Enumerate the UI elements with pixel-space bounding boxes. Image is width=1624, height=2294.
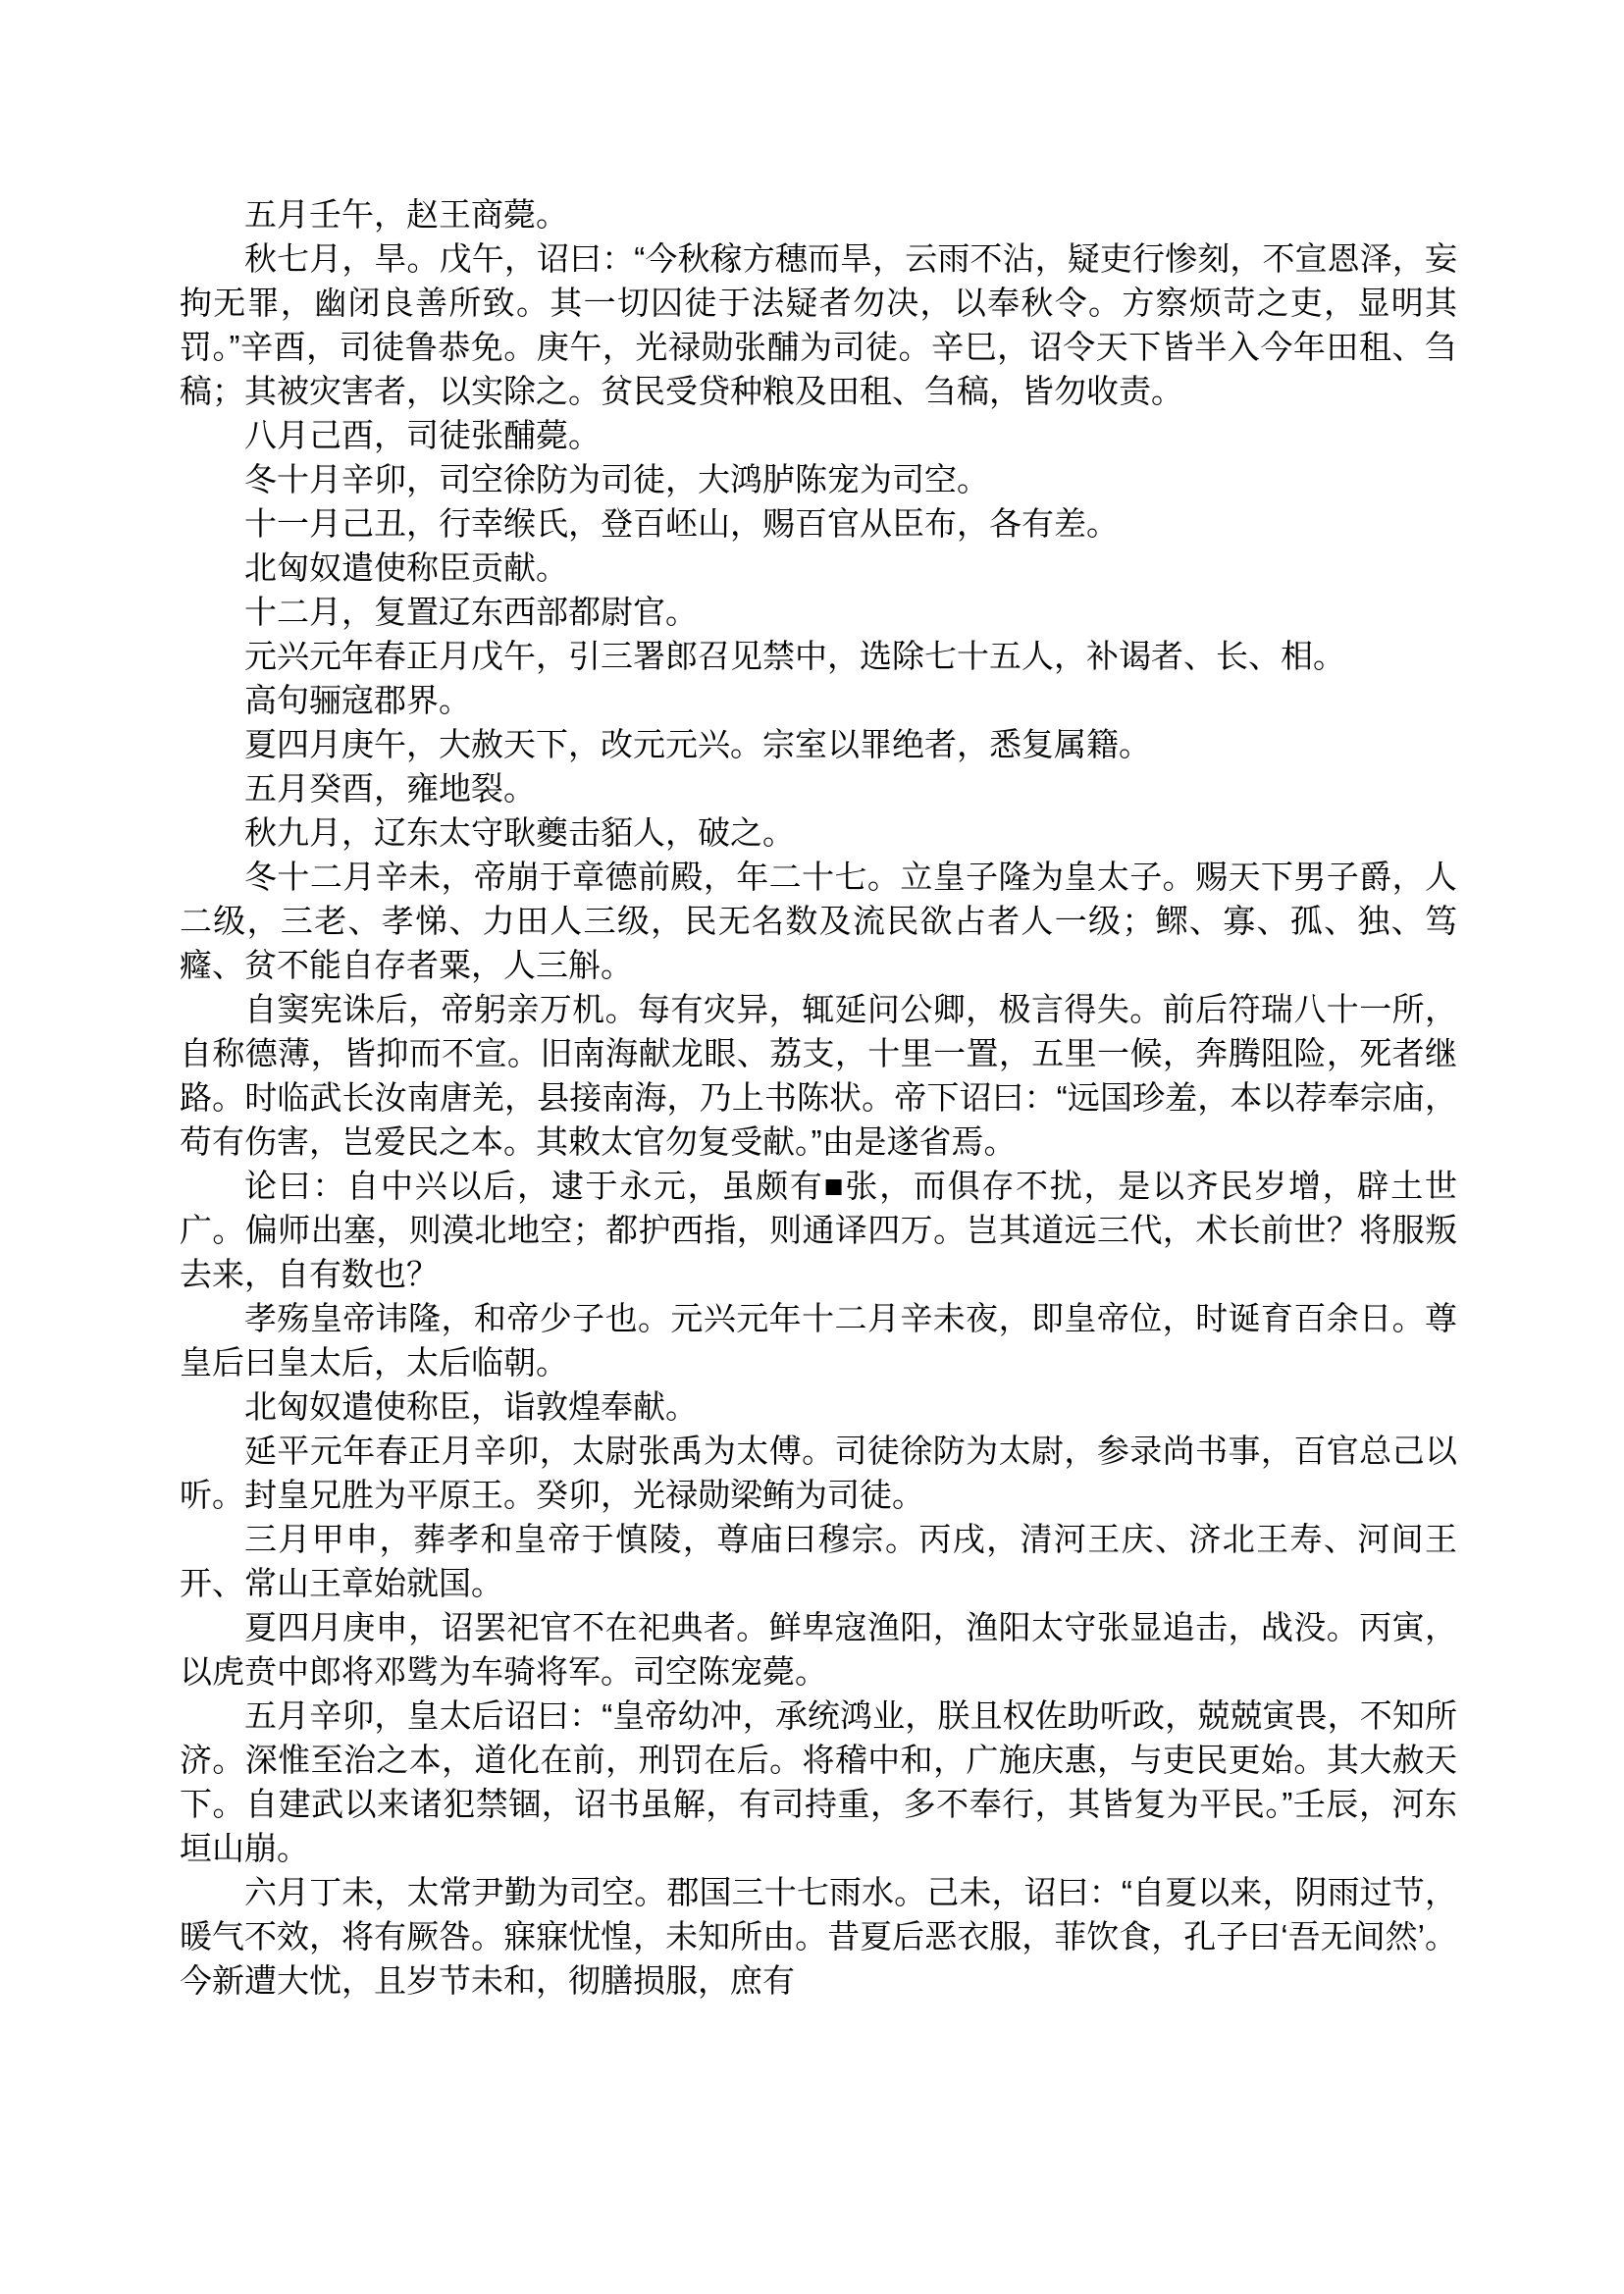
paragraph: 孝殇皇帝讳隆，和帝少子也。元兴元年十二月辛未夜，即皇帝位，时诞育百余日。尊皇后曰… [180, 1296, 1457, 1384]
document-page: 五月壬午，赵王商薨。 秋七月，旱。戊午，诏曰：“今秋稼方穗而旱，云雨不沾，疑吏行… [0, 0, 1624, 2294]
paragraph: 五月癸酉，雍地裂。 [180, 766, 1457, 810]
paragraph: 三月甲申，葬孝和皇帝于慎陵，尊庙曰穆宗。丙戌，清河王庆、济北王寿、河间王开、常山… [180, 1517, 1457, 1605]
paragraph: 秋七月，旱。戊午，诏曰：“今秋稼方穗而旱，云雨不沾，疑吏行惨刻，不宣恩泽，妄拘无… [180, 236, 1457, 413]
paragraph: 冬十二月辛未，帝崩于章德前殿，年二十七。立皇子隆为皇太子。赐天下男子爵，人二级，… [180, 855, 1457, 987]
paragraph: 夏四月庚申，诏罢祀官不在祀典者。鲜卑寇渔阳，渔阳太守张显追击，战没。丙寅，以虎贲… [180, 1605, 1457, 1694]
paragraph: 秋九月，辽东太守耿夔击貊人，破之。 [180, 810, 1457, 855]
paragraph: 论曰：自中兴以后，逮于永元，虽颇有■张，而俱存不扰，是以齐民岁增，辟土世广。偏师… [180, 1164, 1457, 1296]
paragraph: 延平元年春正月辛卯，太尉张禹为太傅。司徒徐防为太尉，参录尚书事，百官总己以听。封… [180, 1429, 1457, 1517]
paragraph: 自窦宪诛后，帝躬亲万机。每有灾异，辄延问公卿，极言得失。前后符瑞八十一所，自称德… [180, 987, 1457, 1164]
paragraph: 元兴元年春正月戊午，引三署郎召见禁中，选除七十五人，补谒者、长、相。 [180, 634, 1457, 678]
text-block: 五月壬午，赵王商薨。 秋七月，旱。戊午，诏曰：“今秋稼方穗而旱，云雨不沾，疑吏行… [180, 192, 1457, 2003]
paragraph: 夏四月庚午，大赦天下，改元元兴。宗室以罪绝者，悉复属籍。 [180, 722, 1457, 766]
paragraph: 北匈奴遣使称臣，诣敦煌奉献。 [180, 1384, 1457, 1429]
paragraph: 高句骊寇郡界。 [180, 678, 1457, 722]
paragraph: 十一月己丑，行幸缑氏，登百岯山，赐百官从臣布，各有差。 [180, 501, 1457, 546]
paragraph: 冬十月辛卯，司空徐防为司徒，大鸿胪陈宠为司空。 [180, 457, 1457, 501]
paragraph: 八月己酉，司徒张酺薨。 [180, 413, 1457, 457]
paragraph: 五月辛卯，皇太后诏曰：“皇帝幼冲，承统鸿业，朕且权佐助听政，兢兢寅畏，不知所济。… [180, 1694, 1457, 1870]
paragraph: 北匈奴遣使称臣贡献。 [180, 546, 1457, 590]
paragraph: 十二月，复置辽东西部都尉官。 [180, 590, 1457, 634]
paragraph: 六月丁未，太常尹勤为司空。郡国三十七雨水。己未，诏曰：“自夏以来，阴雨过节，暖气… [180, 1870, 1457, 2003]
paragraph: 五月壬午，赵王商薨。 [180, 192, 1457, 236]
